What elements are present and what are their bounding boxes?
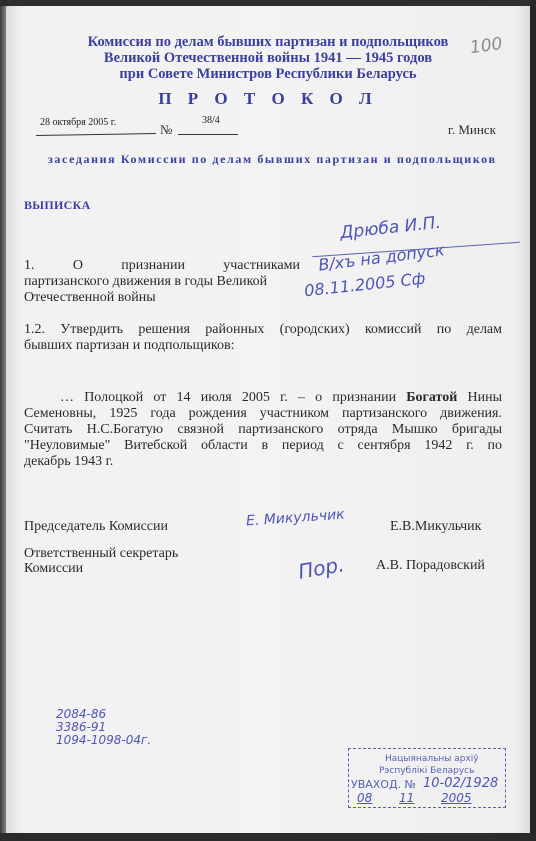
- stamp-day: 08: [357, 791, 372, 805]
- protocol-subtitle: заседания Комиссии по делам бывших парти…: [48, 152, 497, 167]
- item-1-word: О: [73, 258, 83, 274]
- item-1-word: участниками: [223, 258, 300, 274]
- decision-text: Нины: [457, 390, 502, 405]
- chair-name: Е.В.Микульчик: [390, 519, 481, 535]
- item-1-number: 1.: [24, 258, 35, 274]
- decision-text: … Полоцкой от 14 июля 2005 г. – о призна…: [60, 390, 406, 405]
- stamp-entry-number: 10-02/1928: [423, 776, 498, 791]
- item-1-heading: 1. О признании участниками партизанского…: [24, 258, 300, 306]
- person-surname: Богатой: [406, 390, 457, 405]
- archive-receipt-stamp: Нацыянальны архіў Рэспублікі Беларусь УВ…: [348, 748, 506, 808]
- reference-line-3: 1094-1098-04г.: [56, 734, 151, 747]
- item-1-line-3: Отечественной войны: [24, 290, 300, 306]
- stamp-entry-label: УВАХОД. №: [351, 778, 416, 791]
- secretary-title-line-2: Комиссии: [24, 561, 83, 577]
- item-1-2-line-2: бывших партизан и подпольщиков:: [24, 338, 235, 354]
- decision-line-4: "Неуловимые" Витебской области в период …: [24, 438, 502, 454]
- stamp-year: 2005: [441, 791, 472, 805]
- item-1-word: признании: [121, 258, 185, 274]
- decision-line-5: декабрь 1943 г.: [24, 454, 502, 470]
- number-underline: [178, 134, 238, 135]
- protocol-city: г. Минск: [448, 122, 496, 138]
- handwritten-references: 2084-86 3386-91 1094-1098-04г.: [56, 708, 151, 747]
- header-line-1: Комиссия по делам бывших партизан и подп…: [0, 34, 536, 50]
- decision-paragraph: … Полоцкой от 14 июля 2005 г. – о призна…: [24, 390, 502, 470]
- item-1-line-2: партизанского движения в годы Великой: [24, 274, 300, 290]
- item-1-2-line-1: 1.2. Утвердить решения районных (городск…: [24, 322, 502, 338]
- secretary-title-line-1: Ответственный секретарь: [24, 546, 178, 562]
- chair-title: Председатель Комиссии: [24, 519, 168, 535]
- extract-label: ВЫПИСКА: [24, 198, 91, 213]
- decision-line-1: … Полоцкой от 14 июля 2005 г. – о призна…: [24, 390, 502, 406]
- header-line-2: Великой Отечественной войны 1941 — 1945 …: [0, 50, 536, 66]
- protocol-date: 28 октября 2005 г.: [40, 117, 116, 128]
- header-line-3: при Совете Министров Республики Беларусь: [0, 66, 536, 82]
- scan-bottom-border: [0, 833, 536, 841]
- decision-line-2: Семеновны, 1925 года рождения участником…: [24, 406, 502, 422]
- stamp-month: 11: [399, 791, 414, 805]
- decision-line-3: Считать Н.С.Богатую связной партизанског…: [24, 422, 502, 438]
- protocol-number: 38/4: [202, 115, 220, 126]
- number-label: №: [160, 122, 172, 138]
- protocol-title: П Р О Т О К О Л: [0, 89, 536, 109]
- secretary-name: А.В. Порадовский: [376, 558, 485, 574]
- scan-right-border: [530, 0, 536, 841]
- stamp-line-2: Рэспублікі Беларусь: [379, 766, 474, 776]
- stamp-line-1: Нацыянальны архіў: [385, 754, 479, 764]
